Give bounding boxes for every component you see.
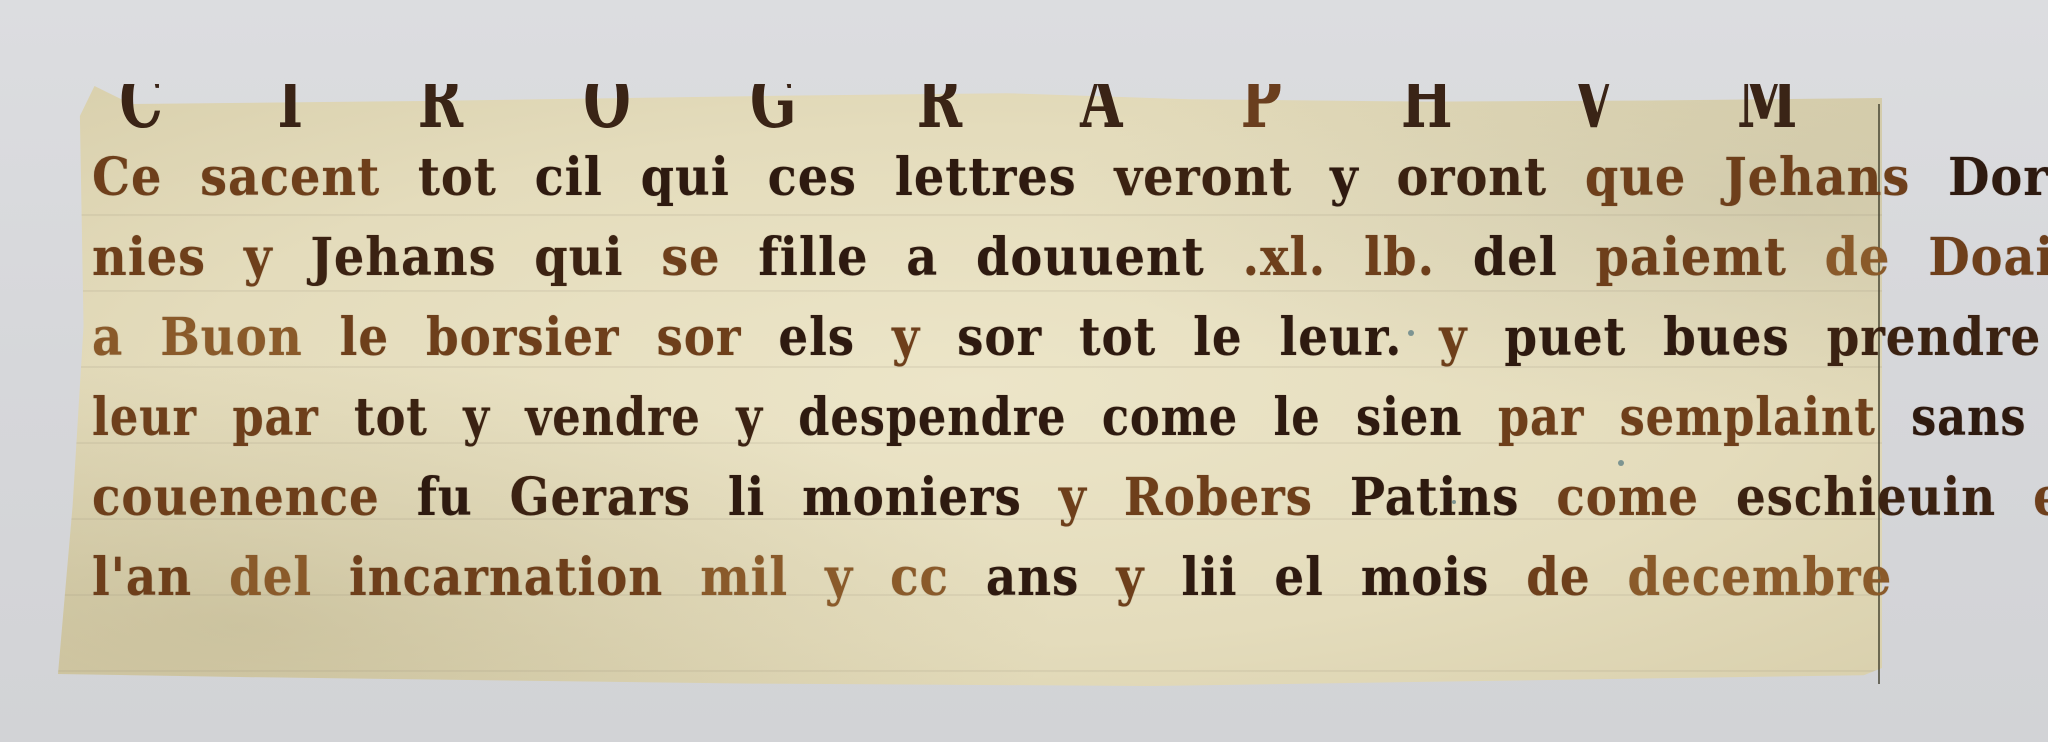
word: le <box>1193 298 1242 378</box>
word: sor <box>656 298 741 378</box>
text-line-2: nies y Jehans qui se fille a douuent .xl… <box>92 218 1711 298</box>
word: vendre <box>525 378 700 458</box>
word: lii <box>1181 538 1237 618</box>
word: eschieuin <box>1736 458 1996 538</box>
word: en <box>2033 458 2048 538</box>
word: y <box>1330 138 1359 218</box>
word: y <box>736 378 763 458</box>
cut-letter: G <box>750 84 797 140</box>
word: de <box>1825 218 1891 298</box>
cut-letter: H <box>1401 84 1453 140</box>
text-line-4: leur par tot y vendre y despendre come l… <box>92 378 1606 458</box>
word: tot <box>354 378 428 458</box>
chirograph-cut-letters: C I R O G R A P H V M <box>110 84 1810 140</box>
word: y <box>1116 538 1144 618</box>
word: despendre <box>798 378 1066 458</box>
ink-stain <box>1408 330 1414 336</box>
word: Buon <box>160 298 302 378</box>
word: tot <box>418 138 497 218</box>
cut-letter: V <box>1572 84 1614 140</box>
word: borsier <box>426 298 619 378</box>
word: prendre <box>1827 298 2042 378</box>
word: Jehans <box>310 218 496 298</box>
word: de <box>1526 538 1590 618</box>
word: par <box>232 378 318 458</box>
text-line-3: a Buon le borsier sor els y sor tot le l… <box>92 298 1676 378</box>
cut-letter: O <box>583 84 631 140</box>
cut-letter: M <box>1737 84 1797 140</box>
word: incarnation <box>349 538 663 618</box>
word: y <box>892 298 920 378</box>
word: cil <box>535 138 603 218</box>
cut-letter: R <box>916 84 961 140</box>
word: mil <box>700 538 788 618</box>
word: qui <box>534 218 623 298</box>
word: fille <box>758 218 868 298</box>
word: veront <box>1114 138 1292 218</box>
word: puet <box>1504 298 1626 378</box>
word: douuent <box>976 218 1205 298</box>
word: Dorig- <box>1948 138 2048 218</box>
word: cc <box>890 538 949 618</box>
word: leur. <box>1280 298 1403 378</box>
cut-letter: P <box>1240 84 1281 140</box>
word: del <box>1473 218 1558 298</box>
word: bues <box>1663 298 1789 378</box>
word: sor <box>957 298 1042 378</box>
word: par <box>1498 378 1584 458</box>
cut-letter: I <box>277 84 303 140</box>
word: ces <box>768 138 857 218</box>
word: oront <box>1397 138 1548 218</box>
word: semplaint <box>1620 378 1876 458</box>
word: del <box>229 538 312 618</box>
word: mois <box>1361 538 1489 618</box>
word: Jehans <box>1724 138 1910 218</box>
manuscript-photo: C I R O G R A P H V M Ce sacent tot cil … <box>0 0 2048 742</box>
word: que <box>1585 138 1686 218</box>
ink-stain <box>1452 500 1456 504</box>
word: l'an <box>92 538 192 618</box>
word: qui <box>641 138 730 218</box>
word: y <box>1059 458 1087 538</box>
word: Gerars <box>510 458 691 538</box>
word: y <box>463 378 490 458</box>
word: a <box>906 218 938 298</box>
word: lb. <box>1364 218 1435 298</box>
word: leur <box>92 378 197 458</box>
cut-letter: A <box>1080 84 1122 140</box>
word: Ce <box>92 138 162 218</box>
word: tot <box>1079 298 1156 378</box>
word: Patins <box>1350 458 1519 538</box>
word: .xl. <box>1243 218 1327 298</box>
text-line-5: couenence fu Gerars li moniers y Robers … <box>92 458 1676 538</box>
cut-letter: C <box>119 84 162 140</box>
word: Robers <box>1124 458 1313 538</box>
word: y <box>244 218 273 298</box>
word: lettres <box>895 138 1077 218</box>
cut-letter: R <box>418 84 463 140</box>
word: couenence <box>92 458 380 538</box>
word: Doai <box>1928 218 2048 298</box>
word: decembre <box>1628 538 1893 618</box>
word: y <box>825 538 853 618</box>
word: a <box>92 298 123 378</box>
manuscript-text: Ce sacent tot cil qui ces lettres veront… <box>92 138 1852 618</box>
word: come <box>1102 378 1238 458</box>
word: come <box>1556 458 1699 538</box>
word: nies <box>92 218 206 298</box>
word: li <box>728 458 765 538</box>
word: le <box>340 298 389 378</box>
word: le <box>1273 378 1320 458</box>
word: sans <box>1911 378 2026 458</box>
word: ans <box>986 538 1079 618</box>
word: se <box>661 218 720 298</box>
word: fu <box>417 458 473 538</box>
word: y <box>1439 298 1467 378</box>
word: els <box>778 298 855 378</box>
text-line-6: l'an del incarnation mil y cc ans y lii … <box>92 538 1676 618</box>
word: el <box>1274 538 1323 618</box>
word: sacent <box>200 138 380 218</box>
word: sien <box>1356 378 1463 458</box>
text-line-1: Ce sacent tot cil qui ces lettres veront… <box>92 138 1711 218</box>
word: moniers <box>802 458 1022 538</box>
word: paiemt <box>1596 218 1787 298</box>
ink-stain <box>1618 460 1624 466</box>
